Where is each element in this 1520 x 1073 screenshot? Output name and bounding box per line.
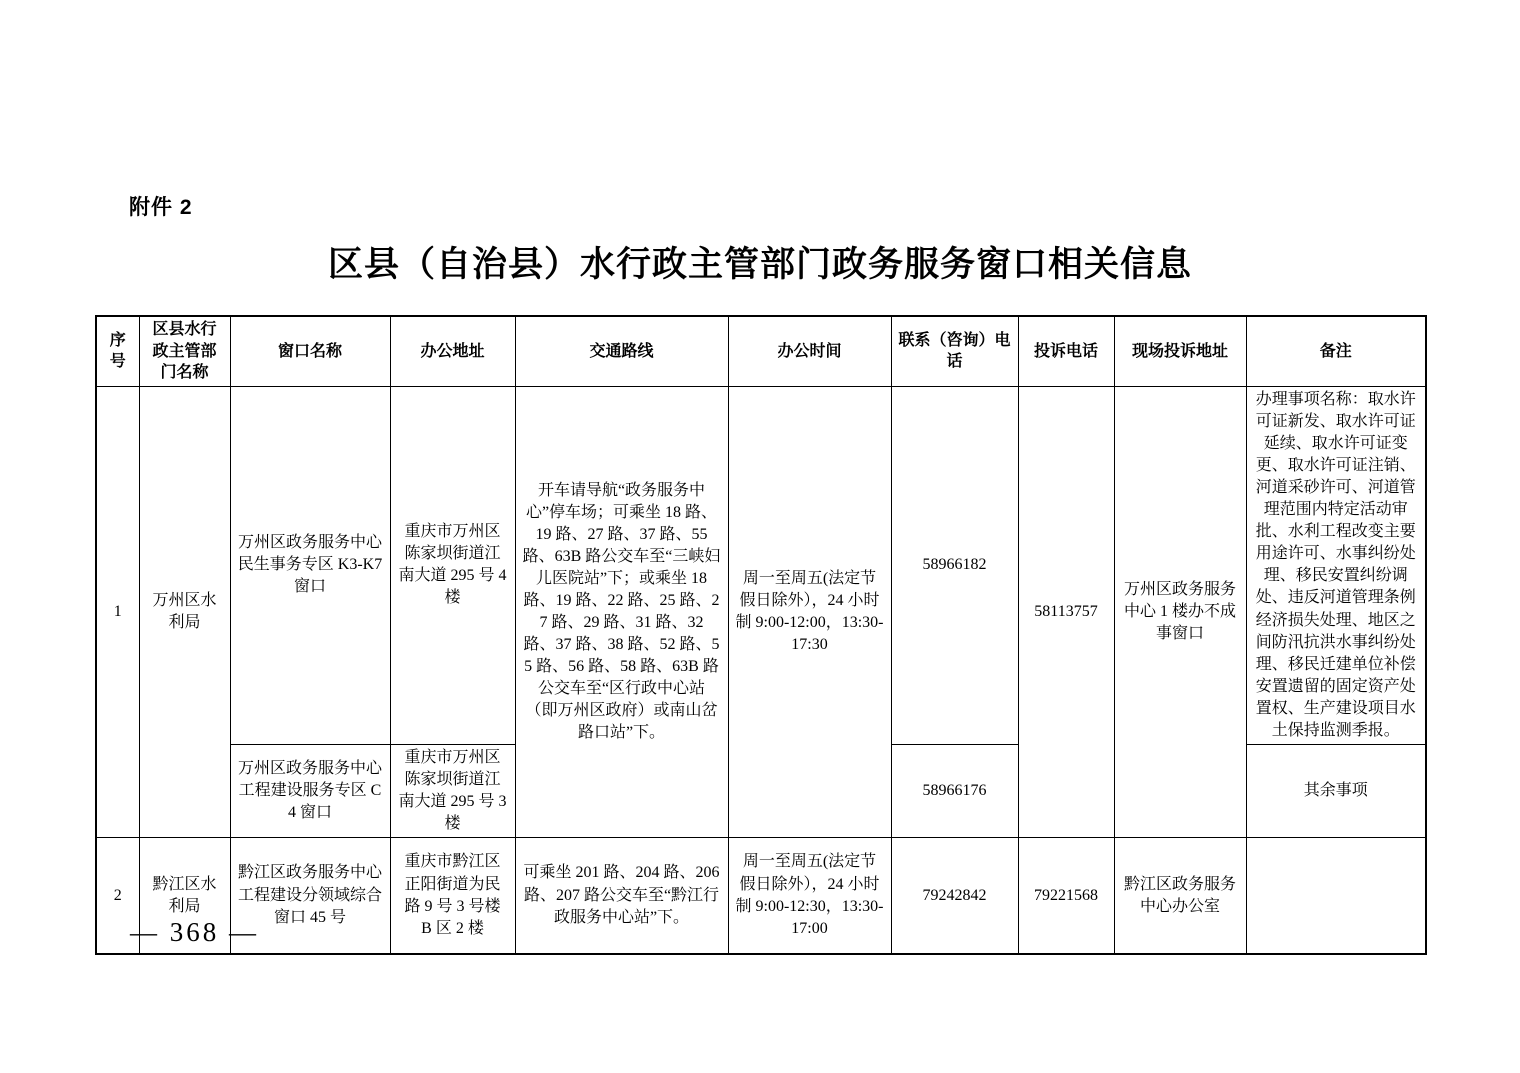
cell-r2-complaint-address: 黔江区政务服务中心办公室 — [1114, 838, 1246, 954]
header-traffic-route: 交通路线 — [515, 316, 728, 386]
header-office-address: 办公地址 — [390, 316, 515, 386]
cell-r1-seq: 1 — [96, 386, 139, 838]
header-seq: 序号 — [96, 316, 139, 386]
cell-r1-traffic-route: 开车请导航“政务服务中心”停车场；可乘坐 18 路、19 路、27 路、37 路… — [515, 386, 728, 838]
cell-r1-office-hours: 周一至周五(法定节假日除外），24 小时制 9:00-12:00，13:30-1… — [728, 386, 891, 838]
cell-r2-contact-phone: 79242842 — [891, 838, 1018, 954]
cell-r1-complaint-phone: 58113757 — [1018, 386, 1114, 838]
cell-r2-traffic-route: 可乘坐 201 路、204 路、206 路、207 路公交车至“黔江行政服务中心… — [515, 838, 728, 954]
attachment-label: 附件 2 — [129, 191, 193, 221]
cell-r2-office-address: 重庆市黔江区正阳街道为民路 9 号 3 号楼 B 区 2 楼 — [390, 838, 515, 954]
cell-r1a-window-name: 万州区政务服务中心民生事务专区 K3-K7 窗口 — [230, 386, 390, 744]
cell-r2-office-hours: 周一至周五(法定节假日除外），24 小时制 9:00-12:30，13:30-1… — [728, 838, 891, 954]
header-complaint-address: 现场投诉地址 — [1114, 316, 1246, 386]
service-window-table: 序号 区县水行政主管部门名称 窗口名称 办公地址 交通路线 办公时间 联系（咨询… — [95, 315, 1427, 955]
page-title: 区县（自治县）水行政主管部门政务服务窗口相关信息 — [0, 237, 1520, 287]
cell-r1b-remark: 其余事项 — [1246, 745, 1426, 838]
table-row-1-sub-1: 1 万州区水利局 万州区政务服务中心民生事务专区 K3-K7 窗口 重庆市万州区… — [96, 386, 1426, 744]
cell-r1a-contact-phone: 58966182 — [891, 386, 1018, 744]
cell-r1-department: 万州区水利局 — [139, 386, 230, 838]
header-window-name: 窗口名称 — [230, 316, 390, 386]
cell-r1b-office-address: 重庆市万州区陈家坝街道江南大道 295 号 3 楼 — [390, 745, 515, 838]
header-office-hours: 办公时间 — [728, 316, 891, 386]
cell-r1-complaint-address: 万州区政务服务中心 1 楼办不成事窗口 — [1114, 386, 1246, 838]
cell-r1b-window-name: 万州区政务服务中心工程建设服务专区 C4 窗口 — [230, 745, 390, 838]
header-contact-phone: 联系（咨询）电话 — [891, 316, 1018, 386]
header-department: 区县水行政主管部门名称 — [139, 316, 230, 386]
table-header-row: 序号 区县水行政主管部门名称 窗口名称 办公地址 交通路线 办公时间 联系（咨询… — [96, 316, 1426, 386]
page-number: — 368 — — [130, 917, 259, 948]
table-row-2: 2 黔江区水利局 黔江区政务服务中心工程建设分领域综合窗口 45 号 重庆市黔江… — [96, 838, 1426, 954]
cell-r1b-contact-phone: 58966176 — [891, 745, 1018, 838]
header-complaint-phone: 投诉电话 — [1018, 316, 1114, 386]
document-page: 附件 2 区县（自治县）水行政主管部门政务服务窗口相关信息 序号 区县水行政主管… — [0, 0, 1520, 1073]
cell-r2-remark — [1246, 838, 1426, 954]
cell-r1a-remark: 办理事项名称：取水许可证新发、取水许可证延续、取水许可证变更、取水许可证注销、河… — [1246, 386, 1426, 744]
cell-r1a-office-address: 重庆市万州区陈家坝街道江南大道 295 号 4 楼 — [390, 386, 515, 744]
header-remark: 备注 — [1246, 316, 1426, 386]
cell-r2-complaint-phone: 79221568 — [1018, 838, 1114, 954]
